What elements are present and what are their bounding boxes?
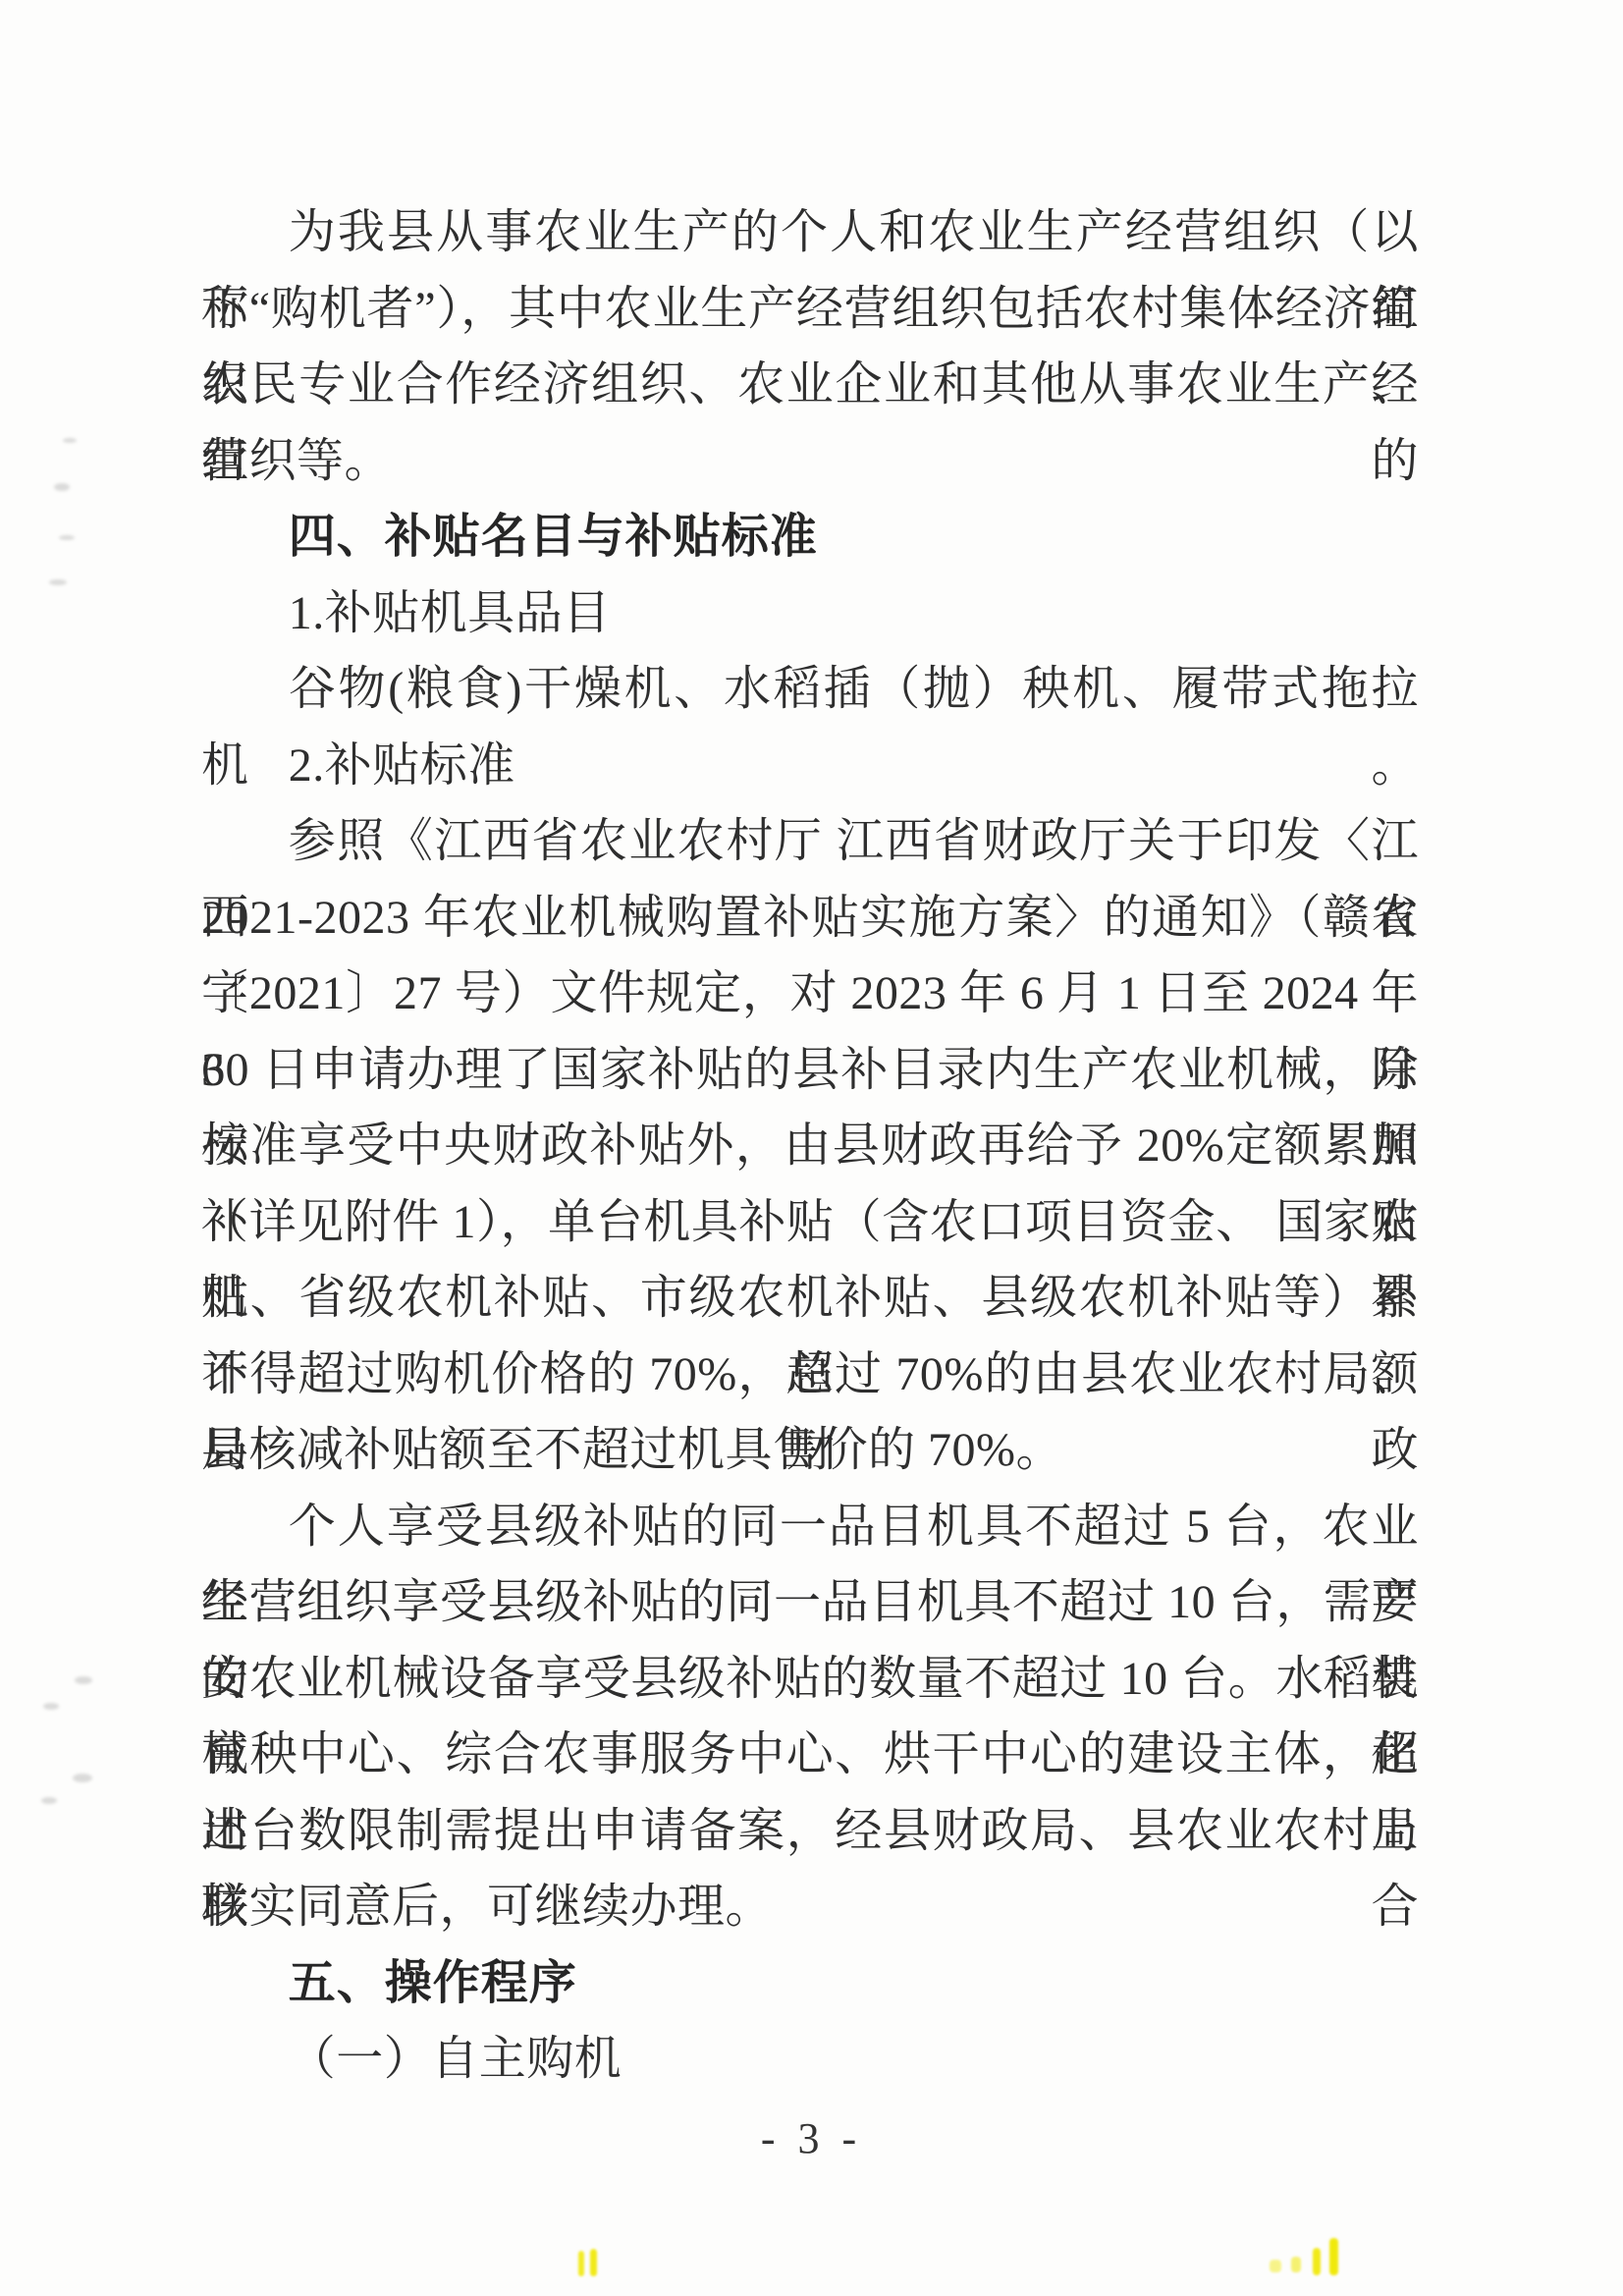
text-line: 2021-2023 年农业机械购置补贴实施方案〉的通知》（赣农字 xyxy=(201,880,1419,957)
scan-speck xyxy=(73,1774,92,1782)
text-line: 经营组织享受县级补贴的同一品目机具不超过 10 台，需要安装 xyxy=(201,1564,1419,1641)
yellow-highlight-mark xyxy=(1270,2260,1281,2272)
yellow-highlight-mark xyxy=(578,2251,584,2276)
text-line: 30 日申请办理了国家补贴的县补目录内生产农业机械，除按照 xyxy=(201,1032,1419,1109)
text-line: （详见附件 1），单台机具补贴（含农口项目资金、 国家农机补 xyxy=(201,1184,1419,1261)
text-line: 〔2021〕27 号）文件规定，对 2023 年 6 月 1 日至 2024 年… xyxy=(201,956,1419,1032)
text-line: 四、补贴名目与补贴标准 xyxy=(201,499,1419,575)
text-line: 的农业机械设备享受县级补贴的数量不超过 10 台。水稻机械化 xyxy=(201,1641,1419,1718)
text-line: 五、操作程序 xyxy=(201,1945,1419,2022)
text-line: 称“购机者”），其中农业生产经营组织包括农村集体经济组织、 xyxy=(201,271,1419,348)
text-line: 为我县从事农业生产的个人和农业生产经营组织（以下简 xyxy=(201,194,1419,271)
document-lines: 为我县从事农业生产的个人和农业生产经营组织（以下简称“购机者”），其中农业生产经… xyxy=(201,194,1419,2098)
text-line: 谷物(粮食)干燥机、水稻插（抛）秧机、履带式拖拉机。 xyxy=(201,651,1419,728)
scan-speck xyxy=(75,1676,92,1684)
page-number: - 3 - xyxy=(0,2113,1623,2163)
text-line: 述台数限制需提出申请备案，经县财政局、县农业农村局联合 xyxy=(201,1793,1419,1870)
scan-speck xyxy=(63,438,77,443)
text-line: 标准享受中央财政补贴外，由县财政再给予 20%定额累加补贴 xyxy=(201,1108,1419,1184)
text-line: 不得超过购机价格的 70%，超过 70%的由县农业农村局、县财政 xyxy=(201,1337,1419,1413)
text-line: 农民专业合作经济组织、农业企业和其他从事农业生产经营的 xyxy=(201,347,1419,423)
text-line: 个人享受县级补贴的同一品目机具不超过 5 台，农业生产 xyxy=(201,1489,1419,1565)
text-line: 参照《江西省农业农村厅 江西省财政厅关于印发〈江西省 xyxy=(201,803,1419,880)
scan-speck xyxy=(54,483,70,491)
scanned-document-page: 为我县从事农业生产的个人和农业生产经营组织（以下简称“购机者”），其中农业生产经… xyxy=(0,0,1623,2296)
yellow-highlight-mark xyxy=(590,2249,597,2276)
text-line: 1.补贴机具品目 xyxy=(201,575,1419,652)
yellow-highlight-mark xyxy=(1329,2238,1338,2275)
yellow-highlight-mark xyxy=(1313,2248,1321,2275)
scan-speck xyxy=(59,535,75,540)
scan-speck xyxy=(41,1797,57,1804)
scan-speck xyxy=(49,579,67,585)
text-line: （一）自主购机 xyxy=(201,2021,1419,2098)
text-line: 育秧中心、综合农事服务中心、烘干中心的建设主体，超出上 xyxy=(201,1717,1419,1793)
yellow-highlight-mark xyxy=(1291,2257,1301,2272)
text-line: 贴、省级农机补贴、市级农机补贴、县级农机补贴等）累计总额 xyxy=(201,1260,1419,1337)
scan-speck xyxy=(43,1703,59,1710)
